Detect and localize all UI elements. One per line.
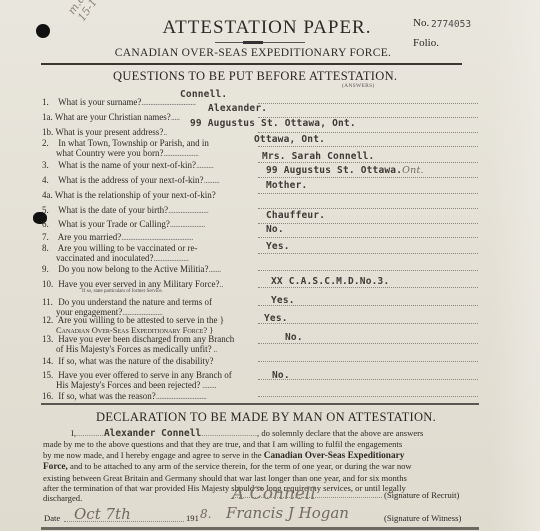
regimental-number-label: No. <box>413 17 429 29</box>
answer-1a: Alexander. <box>208 103 267 114</box>
question-5: 5. What is the date of your birth?......… <box>42 205 257 215</box>
answer-line <box>258 343 478 344</box>
answer-line <box>258 396 478 397</box>
answer-line <box>258 305 478 306</box>
answer-line <box>258 103 478 104</box>
answer-13: No. <box>285 332 303 343</box>
question-6: 6. What is your Trade or Calling?.......… <box>42 219 257 229</box>
recruit-signature-line <box>232 497 382 498</box>
answers-column-label: (ANSWERS) <box>342 83 375 89</box>
answer-2: Ottawa, Ont. <box>254 134 325 145</box>
question-15: 15. Have you ever offered to serve in an… <box>42 370 257 390</box>
question-3: 3. What is the name of your next-of-kin?… <box>42 160 257 170</box>
answer-4: 99 Augustus St. Ottawa.Ont. <box>266 165 424 176</box>
answer-line <box>258 237 478 238</box>
answer-1b: 99 Augustus St. Ottawa, Ont. <box>190 118 356 129</box>
answer-line <box>258 223 478 224</box>
answer-line <box>258 253 478 254</box>
answer-7: No. <box>266 224 284 235</box>
folio-label: Folio. <box>413 37 439 49</box>
punch-hole <box>36 24 50 38</box>
answer-line <box>258 270 478 271</box>
attestation-paper: m.d.6. 15-1-19 ATTESTATION PAPER. CANADI… <box>0 0 540 531</box>
answer-line <box>258 323 478 324</box>
answer-3: Mrs. Sarah Connell. <box>262 151 374 162</box>
year-prefix: 191 <box>186 513 199 523</box>
question-7: 7. Are you married?.....................… <box>42 232 257 242</box>
answer-line <box>258 177 478 178</box>
question-9: 9. Do you now belong to the Active Milit… <box>42 264 257 274</box>
answer-line <box>258 287 478 288</box>
answer-line <box>258 208 478 209</box>
footer-divider <box>41 527 479 530</box>
question-2: 2. In what Town, Township or Parish, and… <box>42 138 257 158</box>
question-13: 13. Have you ever been discharged from a… <box>42 334 257 354</box>
answer-line <box>258 146 478 147</box>
document-title: ATTESTATION PAPER. <box>152 17 382 39</box>
answer-line <box>258 162 478 163</box>
date-label: Date <box>44 513 60 523</box>
date-value: Oct 7th <box>74 505 131 523</box>
answer-1: Connell. <box>180 89 227 100</box>
handwritten-correction: Ont. <box>402 165 424 176</box>
answer-4a: Mother. <box>266 180 307 191</box>
question-4: 4. What is the address of your next-of-k… <box>42 175 257 185</box>
declaration-title: DECLARATION TO BE MADE BY MAN ON ATTESTA… <box>96 410 426 425</box>
answer-line <box>258 132 478 133</box>
pencil-annotation: m.d.6. 15-1-19 <box>66 0 110 24</box>
answer-6: Chauffeur. <box>266 210 325 221</box>
question-8: 8. Are you willing to be vaccinated or r… <box>42 243 257 263</box>
recruit-signature: A Connell <box>232 484 316 504</box>
answer-10: XX C.A.S.C.M.D.No.3. <box>271 276 389 287</box>
question-4a: 4a. What is the relationship of your nex… <box>42 190 257 200</box>
header-divider <box>41 63 462 65</box>
questions-section-title: QUESTIONS TO BE PUT BEFORE ATTESTATION. <box>113 69 393 84</box>
answer-8: Yes. <box>266 241 290 252</box>
document-subtitle: CANADIAN OVER-SEAS EXPEDITIONARY FORCE. <box>113 47 393 59</box>
question-16: 16. If so, what was the reason?.........… <box>42 391 257 401</box>
section-divider <box>41 403 479 405</box>
question-12: 12. Are you willing to be attested to se… <box>42 315 257 335</box>
question-14: 14. If so, what was the nature of the di… <box>42 356 257 366</box>
declarant-name: Alexander Connell <box>104 428 201 439</box>
question-10: 10. Have you ever served in any Military… <box>42 279 257 295</box>
title-divider-accent <box>243 41 263 44</box>
witness-signature: Francis J Hogan <box>226 504 349 522</box>
answer-line <box>258 379 478 380</box>
paper-edge <box>492 0 540 531</box>
year-suffix: 8. <box>200 507 211 521</box>
witness-signature-label: (Signature of Witness) <box>384 513 461 523</box>
question-11: 11. Do you understand the nature and ter… <box>42 297 257 317</box>
answer-line <box>258 193 478 194</box>
regimental-number-value: 2774053 <box>431 19 471 30</box>
recruit-signature-label: (Signature of Recruit) <box>384 490 459 500</box>
answer-line <box>258 361 478 362</box>
